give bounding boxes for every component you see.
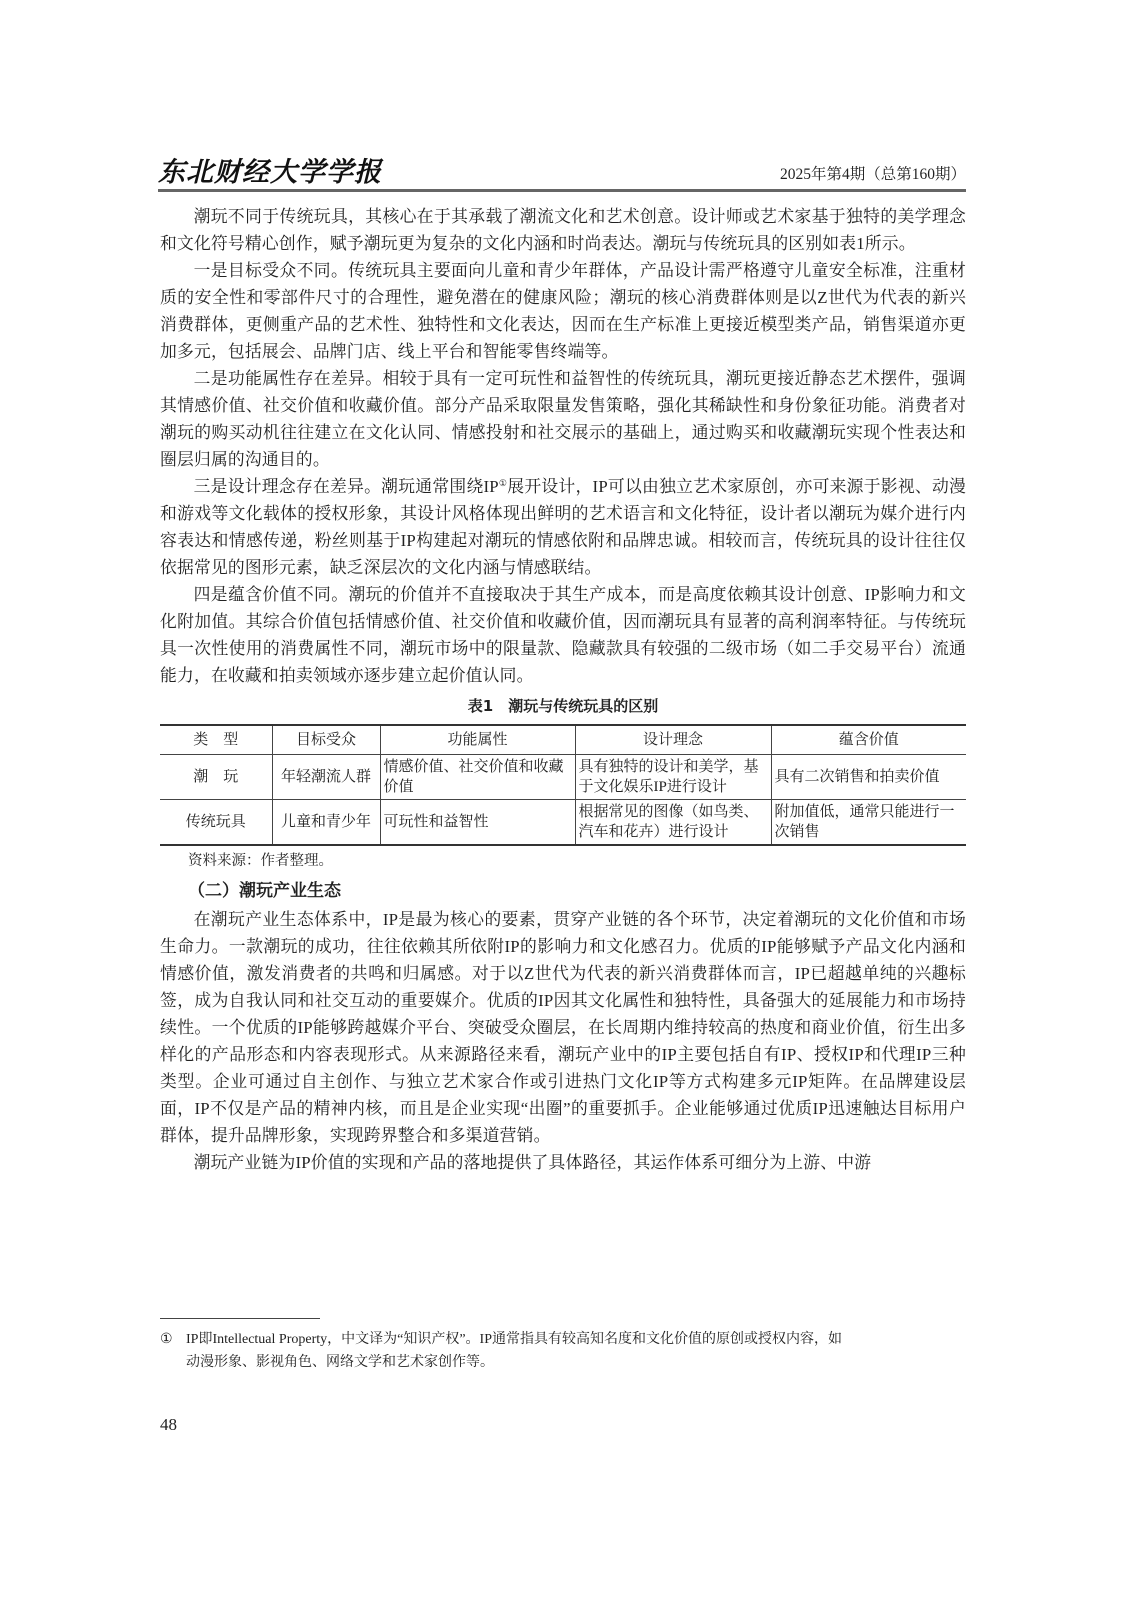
footnote-text-line2: 动漫形象、影视角色、网络文学和艺术家创作等。 [160, 1351, 966, 1374]
table-row: 传统玩具 儿童和青少年 可玩性和益智性 根据常见的图像（如鸟类、汽车和花卉）进行… [160, 800, 966, 846]
table-source: 资料来源：作者整理。 [188, 850, 966, 872]
col-header-audience: 目标受众 [272, 725, 380, 755]
cell-function: 可玩性和益智性 [380, 800, 575, 846]
table-caption: 表1 潮玩与传统玩具的区别 [160, 695, 966, 716]
cell-value: 附加值低，通常只能进行一次销售 [771, 800, 966, 846]
col-header-value: 蕴含价值 [771, 725, 966, 755]
issue-info: 2025年第4期（总第160期） [780, 162, 966, 184]
running-header: 东北财经大学学报 2025年第4期（总第160期） [158, 148, 966, 188]
section-heading: （二）潮玩产业生态 [188, 878, 966, 904]
footnote-ref[interactable]: ① [499, 478, 507, 488]
paragraph-design-text-a: 三是设计理念存在差异。潮玩通常围绕IP [194, 477, 499, 496]
footnote: ①IP即Intellectual Property，中文译为“知识产权”。IP通… [160, 1328, 966, 1374]
footnote-text-line1: IP即Intellectual Property，中文译为“知识产权”。IP通常… [186, 1332, 842, 1347]
col-header-type: 类 型 [160, 725, 272, 755]
cell-type: 传统玩具 [160, 800, 272, 846]
paragraph-design: 三是设计理念存在差异。潮玩通常围绕IP①展开设计，IP可以由独立艺术家原创，亦可… [160, 473, 966, 581]
cell-audience: 年轻潮流人群 [272, 755, 380, 800]
cell-value: 具有二次销售和拍卖价值 [771, 755, 966, 800]
col-header-design: 设计理念 [575, 725, 771, 755]
comparison-table: 类 型 目标受众 功能属性 设计理念 蕴含价值 潮 玩 年轻潮流人群 情感价值、… [160, 724, 966, 846]
cell-design: 根据常见的图像（如鸟类、汽车和花卉）进行设计 [575, 800, 771, 846]
paragraph-value: 四是蕴含价值不同。潮玩的价值并不直接取决于其生产成本，而是高度依赖其设计创意、I… [160, 581, 966, 689]
table-header-row: 类 型 目标受众 功能属性 设计理念 蕴含价值 [160, 725, 966, 755]
cell-type: 潮 玩 [160, 755, 272, 800]
footnote-mark: ① [160, 1328, 186, 1351]
cell-function: 情感价值、社交价值和收藏价值 [380, 755, 575, 800]
col-header-function: 功能属性 [380, 725, 575, 755]
paragraph-ip-core: 在潮玩产业生态体系中，IP是最为核心的要素，贯穿产业链的各个环节，决定着潮玩的文… [160, 906, 966, 1149]
cell-design: 具有独特的设计和美学，基于文化娱乐IP进行设计 [575, 755, 771, 800]
paragraph-industry-chain: 潮玩产业链为IP价值的实现和产品的落地提供了具体路径，其运作体系可细分为上游、中… [160, 1149, 966, 1176]
main-content: 潮玩不同于传统玩具，其核心在于其承载了潮流文化和艺术创意。设计师或艺术家基于独特… [160, 203, 966, 1176]
cell-audience: 儿童和青少年 [272, 800, 380, 846]
header-rule [158, 189, 966, 192]
paragraph-intro: 潮玩不同于传统玩具，其核心在于其承载了潮流文化和艺术创意。设计师或艺术家基于独特… [160, 203, 966, 257]
journal-title: 东北财经大学学报 [158, 150, 382, 189]
paragraph-function: 二是功能属性存在差异。相较于具有一定可玩性和益智性的传统玩具，潮玩更接近静态艺术… [160, 365, 966, 473]
page-number: 48 [160, 1415, 177, 1435]
paragraph-audience: 一是目标受众不同。传统玩具主要面向儿童和青少年群体，产品设计需严格遵守儿童安全标… [160, 257, 966, 365]
footnote-rule [160, 1318, 320, 1319]
table-row: 潮 玩 年轻潮流人群 情感价值、社交价值和收藏价值 具有独特的设计和美学，基于文… [160, 755, 966, 800]
